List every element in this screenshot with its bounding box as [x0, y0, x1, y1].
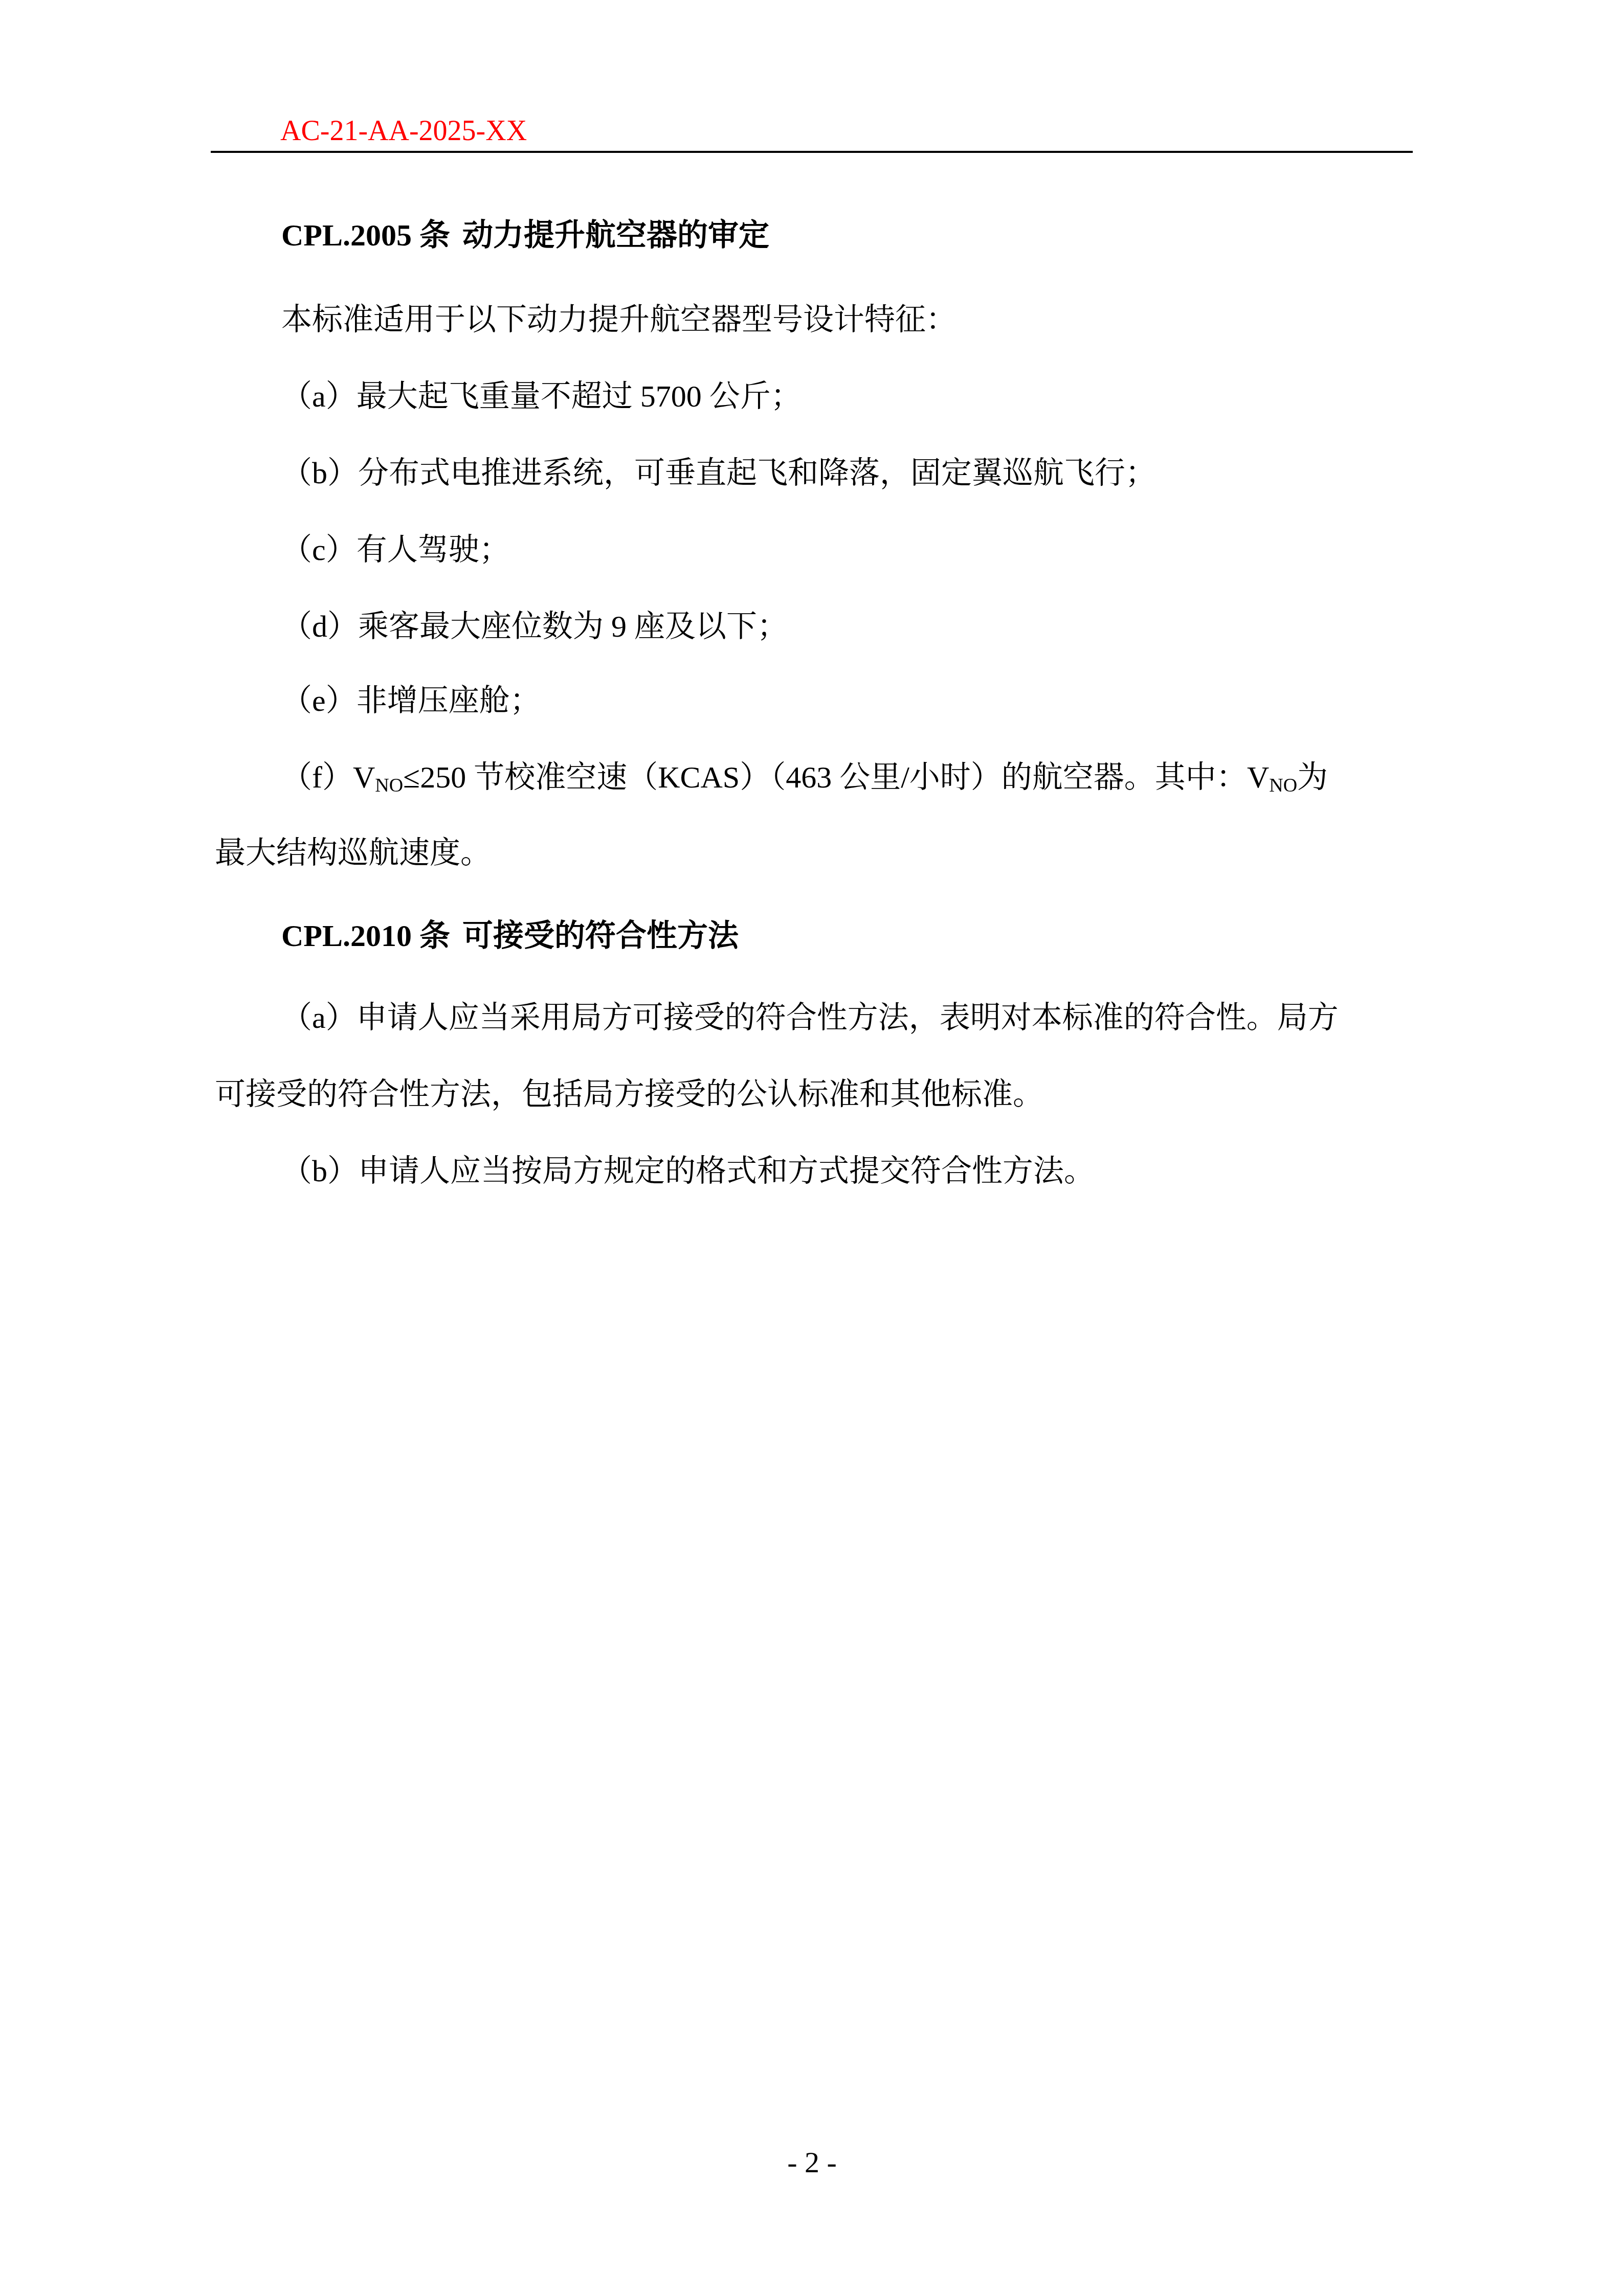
section-title: 可接受的符合性方法 [462, 918, 739, 954]
section-heading: CPL.2005 条动力提升航空器的审定 [281, 220, 769, 251]
list-item: （c）有人驾驶； [281, 534, 510, 565]
section-number: CPL.2010 条 [281, 919, 450, 953]
item-label: （a） [281, 379, 357, 413]
speed-subscript: NO [1269, 775, 1297, 796]
item-text: 申请人应当按局方规定的格式和方式提交符合性方法。 [358, 1154, 1095, 1188]
item-label: （d） [281, 610, 358, 643]
item-text: 最大起飞重量不超过 5700 公斤； [357, 379, 802, 413]
speed-symbol: V [1247, 760, 1269, 794]
header-divider [211, 151, 1413, 153]
section-number: CPL.2005 条 [281, 218, 450, 252]
page-number: - 2 - [0, 2145, 1624, 2179]
item-label: （c） [281, 533, 357, 567]
item-label: （e） [281, 684, 357, 717]
item-label: （a） [281, 1001, 357, 1034]
item-label: （b） [281, 456, 358, 490]
section-heading: CPL.2010 条可接受的符合性方法 [281, 920, 739, 951]
document-code: AC-21-AA-2025-XX [280, 117, 527, 145]
list-item: （b）申请人应当按局方规定的格式和方式提交符合性方法。 [281, 1156, 1095, 1186]
item-label: （b） [281, 1154, 358, 1188]
item-continuation: 最大结构巡航速度。 [215, 838, 491, 868]
item-text: 非增压座舱； [357, 684, 541, 717]
list-item: （f）VNO≤250 节校准空速（KCAS）（463 公里/小时）的航空器。其中… [281, 762, 1328, 793]
list-item: （a）最大起飞重量不超过 5700 公斤； [281, 381, 802, 412]
item-text: ≤250 节校准空速（KCAS）（463 公里/小时）的航空器。其中： [403, 760, 1247, 794]
section-title: 动力提升航空器的审定 [462, 217, 769, 253]
speed-symbol: V [353, 760, 375, 794]
item-text: 乘客最大座位数为 9 座及以下； [358, 610, 788, 643]
section-intro: 本标准适用于以下动力提升航空器型号设计特征： [281, 304, 956, 335]
list-item: （e）非增压座舱； [281, 685, 541, 716]
item-label: （f） [281, 760, 353, 794]
list-item: （a）申请人应当采用局方可接受的符合性方法，表明对本标准的符合性。局方 [281, 1002, 1339, 1033]
item-text: 申请人应当采用局方可接受的符合性方法，表明对本标准的符合性。局方 [357, 1001, 1339, 1034]
list-item: （d）乘客最大座位数为 9 座及以下； [281, 611, 788, 642]
item-text: 为 [1297, 760, 1328, 794]
item-continuation: 可接受的符合性方法，包括局方接受的公认标准和其他标准。 [215, 1079, 1043, 1110]
item-text: 分布式电推进系统，可垂直起飞和降落，固定翼巡航飞行； [358, 456, 1156, 490]
item-text: 有人驾驶； [357, 533, 510, 567]
list-item: （b）分布式电推进系统，可垂直起飞和降落，固定翼巡航飞行； [281, 458, 1156, 488]
speed-subscript: NO [375, 775, 403, 796]
